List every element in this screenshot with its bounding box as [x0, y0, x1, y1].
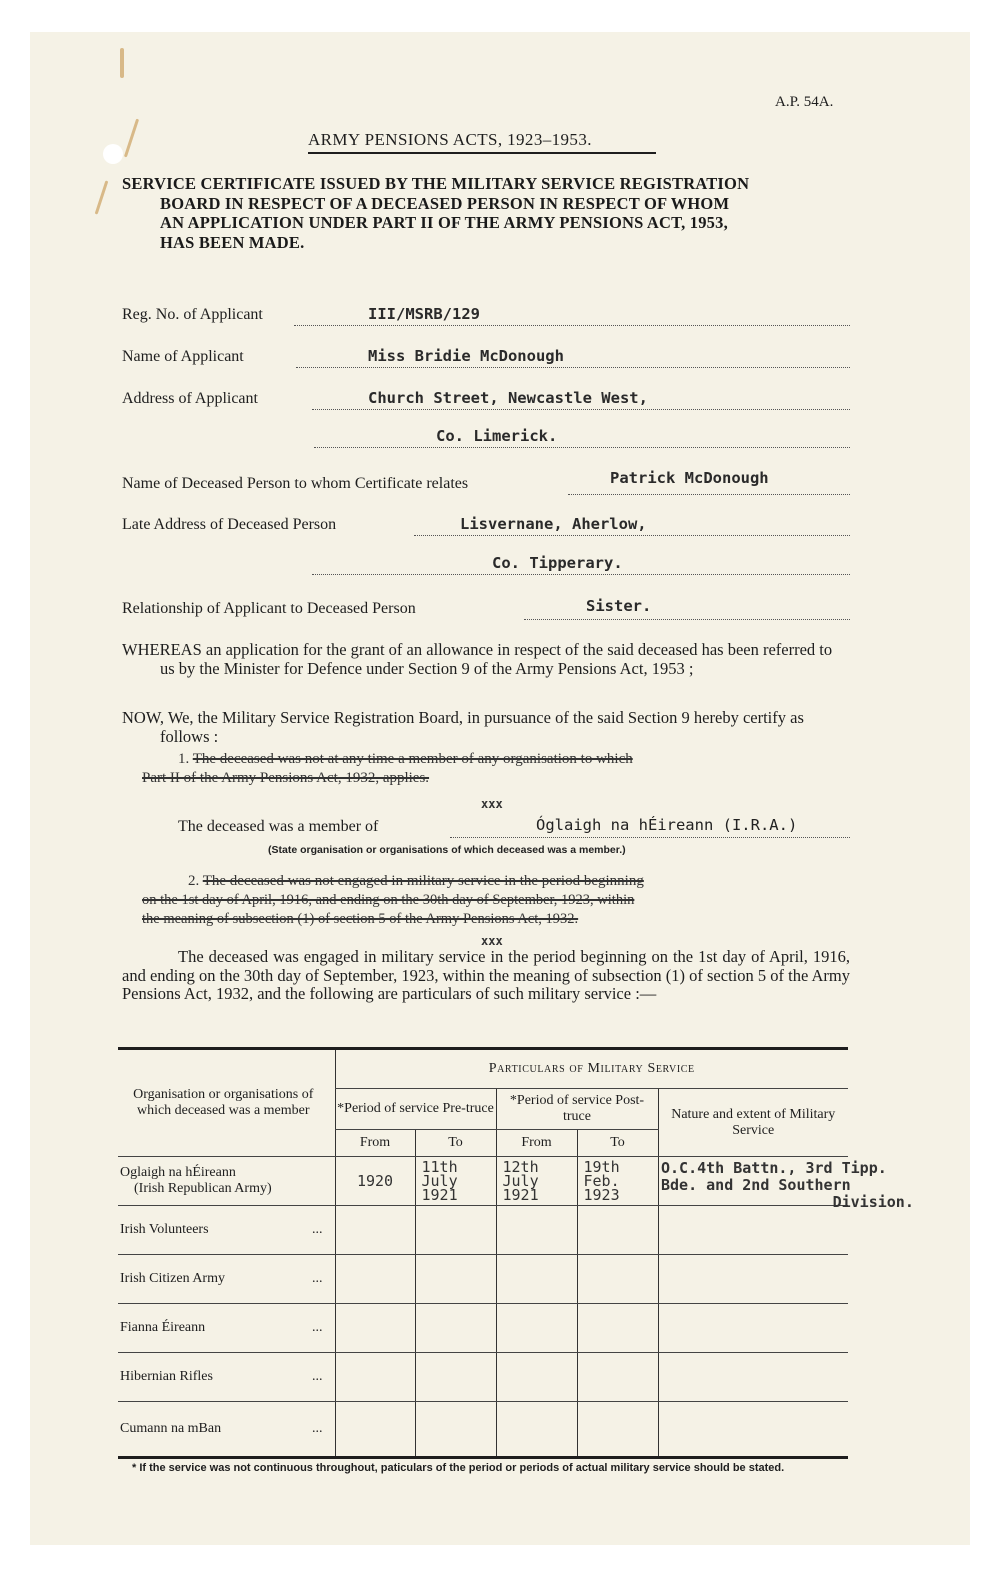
- deceased-name-label: Name of Deceased Person to whom Certific…: [122, 475, 468, 493]
- struck-text: on the 1st day of April, 1916, and endin…: [142, 892, 634, 908]
- pre-truce-header: *Period of service Pre-truce: [335, 1089, 496, 1130]
- dotted-line: [294, 325, 850, 326]
- deceased-address-line1: Lisvernane, Aherlow,: [460, 515, 647, 533]
- member-of-field: The deceased was a member of Óglaigh na …: [178, 816, 850, 838]
- xxx-marker: xxx: [481, 797, 503, 811]
- dotted-line: [312, 409, 850, 410]
- org-name: Oglaigh na hÉireann: [120, 1165, 335, 1181]
- now-text: NOW, We, the Military Service Registrati…: [122, 708, 850, 746]
- reg-no-value: III/MSRB/129: [368, 305, 480, 323]
- relationship-value: Sister.: [586, 597, 651, 615]
- struck-text: The deceased was not at any time a membe…: [193, 751, 633, 767]
- dotted-line: [524, 619, 850, 620]
- member-of-note: (State organisation or organisations of …: [268, 844, 626, 856]
- org-name: Cumann na mBan: [120, 1421, 221, 1436]
- reg-no-label: Reg. No. of Applicant: [122, 306, 263, 324]
- dotted-line: [450, 837, 850, 838]
- punch-hole: [103, 144, 123, 164]
- certificate-title-line: HAS BEEN MADE.: [122, 233, 857, 253]
- dotted-line: [312, 574, 850, 575]
- org-cell: Hibernian Rifles...: [118, 1353, 335, 1402]
- org-name: Irish Citizen Army: [120, 1271, 225, 1286]
- clause2-struck-line2: on the 1st day of April, 1916, and endin…: [142, 891, 634, 910]
- struck-text: the meaning of subsection (1) of section…: [142, 911, 578, 927]
- military-service-table: Organisation or organisations of which d…: [118, 1047, 848, 1459]
- table-row: Hibernian Rifles...: [118, 1353, 848, 1402]
- org-cell: Oglaigh na hÉireann (Irish Republican Ar…: [118, 1157, 335, 1206]
- applicant-address-line2: Co. Limerick.: [436, 427, 557, 445]
- member-of-label: The deceased was a member of: [178, 818, 378, 836]
- table-row: Fianna Éireann...: [118, 1304, 848, 1353]
- post-to-cell: 19th Feb. 1923: [577, 1157, 658, 1206]
- relationship-label: Relationship of Applicant to Deceased Pe…: [122, 600, 416, 618]
- particulars-header: Particulars of Military Service: [335, 1049, 848, 1089]
- deceased-address-field-line2: Co. Tipperary.: [122, 553, 850, 575]
- form-number: A.P. 54A.: [775, 94, 833, 111]
- title-underline: [308, 152, 656, 154]
- applicant-address-label: Address of Applicant: [122, 390, 258, 408]
- member-of-value: Óglaigh na hÉireann (I.R.A.): [536, 816, 797, 834]
- applicant-address-field: Address of Applicant Church Street, Newc…: [122, 388, 850, 410]
- post-from-cell: 12th July 1921: [496, 1157, 577, 1206]
- certificate-title: SERVICE CERTIFICATE ISSUED BY THE MILITA…: [122, 174, 857, 252]
- certificate-title-line: SERVICE CERTIFICATE ISSUED BY THE MILITA…: [122, 174, 749, 193]
- relationship-field: Relationship of Applicant to Deceased Pe…: [122, 598, 850, 620]
- leader-dots: ...: [312, 1222, 323, 1238]
- applicant-name-label: Name of Applicant: [122, 348, 244, 366]
- clause1-struck-line2: Part II of the Army Pensions Act, 1932, …: [142, 769, 429, 788]
- clause2-struck-line3: the meaning of subsection (1) of section…: [142, 910, 578, 929]
- applicant-name-value: Miss Bridie McDonough: [368, 347, 564, 365]
- pre-to-cell: 11th July 1921: [415, 1157, 496, 1206]
- clause1-struck-line1: 1. The deceased was not at any time a me…: [178, 750, 633, 769]
- dotted-line: [568, 494, 850, 495]
- post-to-header: To: [577, 1130, 658, 1157]
- certificate-title-line: BOARD IN RESPECT OF A DECEASED PERSON IN…: [122, 194, 857, 214]
- leader-dots: ...: [312, 1320, 323, 1336]
- clause1-number: 1.: [178, 751, 189, 767]
- dotted-line: [414, 535, 850, 536]
- org-name: Hibernian Rifles: [120, 1369, 213, 1384]
- org-name: Irish Volunteers: [120, 1222, 209, 1237]
- struck-text: Part II of the Army Pensions Act, 1932, …: [142, 770, 429, 786]
- table-row: Cumann na mBan...: [118, 1402, 848, 1458]
- post-truce-header: *Period of service Post-truce: [496, 1089, 658, 1130]
- org-name: Fianna Éireann: [120, 1320, 205, 1335]
- dotted-line: [314, 447, 850, 448]
- clause2-number: 2.: [188, 873, 199, 889]
- org-cell: Irish Citizen Army...: [118, 1255, 335, 1304]
- nature-header: Nature and extent of Military Service: [658, 1089, 848, 1157]
- applicant-name-field: Name of Applicant Miss Bridie McDonough: [122, 346, 850, 368]
- acts-title: ARMY PENSIONS ACTS, 1923–1953.: [308, 130, 592, 150]
- pre-to-header: To: [415, 1130, 496, 1157]
- deceased-name-field: Name of Deceased Person to whom Certific…: [122, 473, 850, 495]
- nature-value: O.C.4th Battn., 3rd Tipp. Bde. and 2nd S…: [661, 1160, 914, 1211]
- leader-dots: ...: [312, 1421, 323, 1437]
- pre-from-cell: 1920: [335, 1157, 415, 1206]
- org-cell: Irish Volunteers...: [118, 1206, 335, 1255]
- table-row: Irish Volunteers...: [118, 1206, 848, 1255]
- deceased-address-field: Late Address of Deceased Person Lisverna…: [122, 514, 850, 536]
- post-from-header: From: [496, 1130, 577, 1157]
- org-cell: Fianna Éireann...: [118, 1304, 335, 1353]
- engaged-paragraph: The deceased was engaged in military ser…: [122, 948, 850, 1004]
- dotted-line: [296, 367, 850, 368]
- whereas-paragraph: WHEREAS an application for the grant of …: [122, 640, 850, 678]
- applicant-address-line1: Church Street, Newcastle West,: [368, 389, 648, 407]
- leader-dots: ...: [312, 1271, 323, 1287]
- deceased-name-value: Patrick McDonough: [610, 469, 769, 487]
- struck-text: The deceased was not engaged in military…: [203, 873, 644, 889]
- leader-dots: ...: [312, 1369, 323, 1385]
- table-row: Irish Citizen Army...: [118, 1255, 848, 1304]
- pre-from-header: From: [335, 1130, 415, 1157]
- org-name-sub: (Irish Republican Army): [120, 1181, 335, 1197]
- deceased-address-label: Late Address of Deceased Person: [122, 516, 336, 534]
- xxx-marker: xxx: [481, 934, 503, 948]
- footnote: * If the service was not continuous thro…: [132, 1462, 852, 1474]
- applicant-address-field-line2: Co. Limerick.: [122, 426, 850, 448]
- certificate-title-line: AN APPLICATION UNDER PART II OF THE ARMY…: [122, 213, 857, 233]
- deceased-address-line2: Co. Tipperary.: [492, 554, 623, 572]
- org-header: Organisation or organisations of which d…: [118, 1049, 335, 1157]
- whereas-text: WHEREAS an application for the grant of …: [122, 640, 850, 678]
- org-cell: Cumann na mBan...: [118, 1402, 335, 1458]
- clause2-struck-line1: 2. The deceased was not engaged in milit…: [188, 872, 644, 891]
- reg-no-field: Reg. No. of Applicant III/MSRB/129: [122, 304, 850, 326]
- now-paragraph: NOW, We, the Military Service Registrati…: [122, 708, 850, 746]
- rust-stain: [120, 48, 124, 78]
